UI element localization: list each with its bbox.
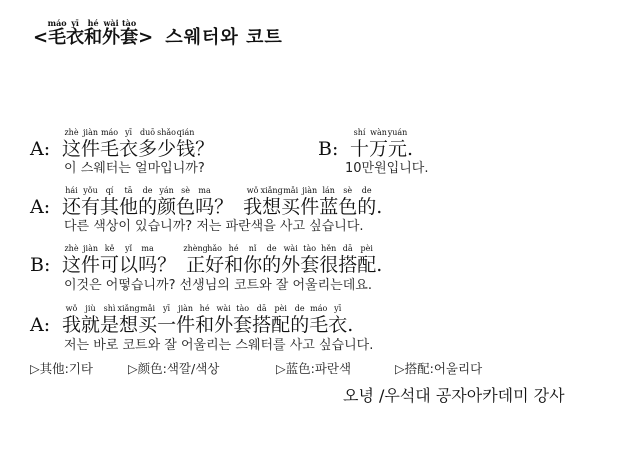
title-open-bracket: < [33, 27, 48, 48]
hanzi-with-pinyin: de的 [138, 198, 157, 217]
title-char: wài外 [102, 29, 120, 47]
hanzi: 一 [157, 314, 176, 336]
hanzi-with-pinyin: jiàn件 [176, 316, 195, 335]
hanzi-with-pinyin: sè色 [176, 198, 195, 217]
hanzi-with-pinyin: pèi配 [357, 256, 376, 275]
hanzi-with-pinyin: de的 [290, 316, 309, 335]
pinyin: hé [200, 305, 210, 313]
hanzi-with-pinyin: ？ [195, 140, 214, 159]
pinyin: yī [163, 305, 170, 313]
korean-translation-1: 이 스웨터는 얼마입니까? [64, 162, 205, 175]
hanzi-with-pinyin: yī一 [157, 316, 176, 335]
hanzi: 钱 [176, 138, 195, 160]
title-char: yī衣 [66, 29, 84, 47]
hanzi-with-pinyin: de的 [262, 256, 281, 275]
pinyin: jiàn [178, 305, 193, 313]
hanzi-with-pinyin: wài外 [214, 316, 233, 335]
speaker-label: A: [30, 316, 62, 335]
hanzi-with-pinyin: nǐ你 [243, 256, 262, 275]
title-char: hé和 [84, 29, 102, 47]
pinyin: kě [105, 245, 115, 253]
hanzi: 你 [243, 254, 262, 276]
hanzi: 衣 [119, 138, 138, 160]
hanzi-with-pinyin: jiù就 [81, 316, 100, 335]
hanzi-with-pinyin: duō多 [138, 140, 157, 159]
hanzi-with-pinyin: ？ [214, 198, 233, 217]
hanzi: 还 [62, 196, 81, 218]
hanzi-with-pinyin: dā搭 [252, 316, 271, 335]
hanzi: 套 [120, 27, 138, 48]
hanzi: 和 [224, 254, 243, 276]
pinyin: zhè [64, 129, 78, 137]
hanzi-with-pinyin: wàn万 [369, 140, 388, 159]
hanzi: 毛 [48, 27, 66, 48]
hanzi-with-pinyin: shì是 [100, 316, 119, 335]
korean-translation-4: 이것은 어떻습니까? 선생님의 코트와 잘 어울리는데요. [64, 279, 372, 292]
hanzi-with-pinyin: ma吗 [138, 256, 157, 275]
pinyin: wàn [370, 129, 387, 137]
vocab-meaning: 색깔/색상 [167, 361, 220, 376]
hanzi: 搭 [338, 254, 357, 276]
hanzi: 外 [102, 27, 120, 48]
hanzi-with-pinyin: máo毛 [309, 316, 328, 335]
vocab-item-3: ▷蓝色:파란색 [276, 363, 351, 376]
hanzi-with-pinyin: tào套 [233, 316, 252, 335]
vocab-word: 蓝色 [286, 361, 311, 376]
hanzi: 颜 [157, 196, 176, 218]
dialogue-line-3: A:hái还yǒu有qí其tā他de的yán颜sè色ma吗？wǒ我xiǎng想m… [30, 198, 382, 217]
dialogue-line-4: B:zhè这jiàn件kě可yǐ以ma吗？zhèng正hǎo好hé和nǐ你de的… [30, 256, 382, 275]
hanzi-with-pinyin: zhè这 [62, 256, 81, 275]
hanzi-with-pinyin: yán颜 [157, 198, 176, 217]
chinese-sentence: shí十wàn万yuán元. [350, 138, 413, 160]
hanzi: ？ [195, 138, 214, 160]
pinyin: xiǎng [117, 305, 139, 313]
hanzi: 我 [62, 314, 81, 336]
pinyin: yī [334, 305, 341, 313]
chinese-sentence: zhè这jiàn件kě可yǐ以ma吗？ [62, 254, 176, 276]
hanzi: ？ [157, 254, 176, 276]
pinyin: zhèng [183, 245, 207, 253]
title-close-bracket: > [138, 27, 153, 48]
hanzi-with-pinyin: shǎo少 [157, 140, 176, 159]
hanzi-with-pinyin: wǒ我 [243, 198, 262, 217]
pinyin: tào [236, 305, 249, 313]
lesson-title: <máo毛yī衣hé和wài外tào套>스웨터와 코트 [33, 29, 283, 47]
pinyin: nǐ [249, 245, 257, 253]
pinyin: dā [343, 245, 353, 253]
hanzi: 很 [319, 254, 338, 276]
title-char: tào套 [120, 29, 138, 47]
pinyin: máo [310, 305, 327, 313]
pinyin: wǒ [247, 187, 259, 195]
pinyin: tào [303, 245, 316, 253]
pinyin: tā [125, 187, 133, 195]
korean-translation-3: 다른 색상이 있습니까? 저는 파란색을 사고 싶습니다. [64, 220, 364, 233]
hanzi: 件 [176, 314, 195, 336]
hanzi-with-pinyin: hěn很 [319, 256, 338, 275]
chinese-sentence-2: zhèng正hǎo好hé和nǐ你de的wài外tào套hěn很dā搭pèi配. [186, 254, 382, 276]
triangle-right-icon: ▷ [395, 361, 405, 376]
hanzi-with-pinyin: yǒu有 [81, 198, 100, 217]
hanzi: 外 [214, 314, 233, 336]
pinyin: duō [140, 129, 155, 137]
hanzi-with-pinyin: hái还 [62, 198, 81, 217]
hanzi: 好 [205, 254, 224, 276]
pinyin: jiàn [83, 129, 98, 137]
hanzi-with-pinyin: . [407, 140, 413, 159]
hanzi-with-pinyin: mǎi买 [138, 316, 157, 335]
pinyin: yuán [388, 129, 408, 137]
pinyin: wài [217, 305, 231, 313]
hanzi: 搭 [252, 314, 271, 336]
vocab-meaning: 파란색 [315, 361, 351, 376]
pinyin: máo [101, 129, 118, 137]
speaker-label: A: [30, 198, 62, 217]
hanzi-with-pinyin: dā搭 [338, 256, 357, 275]
hanzi: 就 [81, 314, 100, 336]
pinyin: wǒ [66, 305, 78, 313]
pinyin: yǐ [125, 245, 132, 253]
pinyin: jiù [85, 305, 95, 313]
pinyin: lán [322, 187, 334, 195]
triangle-right-icon: ▷ [30, 361, 40, 376]
hanzi-with-pinyin: jiàn件 [81, 256, 100, 275]
hanzi-with-pinyin: . [376, 198, 382, 217]
hanzi-with-pinyin: qián钱 [176, 140, 195, 159]
hanzi-with-pinyin: qí其 [100, 198, 119, 217]
hanzi: 我 [243, 196, 262, 218]
hanzi: 他 [119, 196, 138, 218]
pinyin: hé [229, 245, 239, 253]
hanzi: 少 [157, 138, 176, 160]
triangle-right-icon: ▷ [276, 361, 286, 376]
hanzi-with-pinyin: xiǎng想 [119, 316, 138, 335]
pinyin: pèi [274, 305, 286, 313]
hanzi: . [347, 314, 353, 336]
hanzi-with-pinyin: yī衣 [328, 316, 347, 335]
hanzi: 配 [357, 254, 376, 276]
hanzi: 吗 [138, 254, 157, 276]
pinyin: jiàn [302, 187, 317, 195]
hanzi-with-pinyin: máo毛 [100, 140, 119, 159]
chinese-sentence: wǒ我jiù就shì是xiǎng想mǎi买yī一jiàn件hé和wài外tào套… [62, 314, 353, 336]
hanzi-with-pinyin: shí十 [350, 140, 369, 159]
hanzi: 毛 [100, 138, 119, 160]
hanzi: 的 [290, 314, 309, 336]
hanzi: 有 [81, 196, 100, 218]
hanzi: 配 [271, 314, 290, 336]
pinyin: mǎi [283, 187, 298, 195]
hanzi-with-pinyin: zhè这 [62, 140, 81, 159]
pinyin: zhè [64, 245, 78, 253]
hanzi-with-pinyin: mǎi买 [281, 198, 300, 217]
hanzi: 正 [186, 254, 205, 276]
pinyin: hěn [321, 245, 336, 253]
hanzi: . [376, 254, 382, 276]
hanzi: 的 [262, 254, 281, 276]
hanzi: . [407, 138, 413, 160]
pinyin: de [267, 245, 277, 253]
hanzi: 想 [262, 196, 281, 218]
korean-translation-2: 10만원입니다. [345, 162, 428, 175]
hanzi: 的 [357, 196, 376, 218]
dialogue-line-5: A:wǒ我jiù就shì是xiǎng想mǎi买yī一jiàn件hé和wài外tà… [30, 316, 353, 335]
hanzi: 吗 [195, 196, 214, 218]
pinyin: wài [104, 19, 119, 27]
vocab-meaning: 어울리다 [434, 361, 482, 376]
pinyin: qí [106, 187, 114, 195]
hanzi: ？ [214, 196, 233, 218]
pinyin: jiàn [83, 245, 98, 253]
vocab-item-1: ▷其他:기타 [30, 363, 93, 376]
hanzi-with-pinyin: . [376, 256, 382, 275]
hanzi: 买 [281, 196, 300, 218]
title-korean: 스웨터와 코트 [165, 27, 283, 48]
hanzi: 毛 [309, 314, 328, 336]
vocab-word: 颜色 [138, 361, 163, 376]
hanzi: 衣 [328, 314, 347, 336]
dialogue-line-2: B:shí十wàn万yuán元. [318, 140, 413, 159]
pinyin: yán [159, 187, 173, 195]
hanzi-with-pinyin: ma吗 [195, 198, 214, 217]
triangle-right-icon: ▷ [128, 361, 138, 376]
hanzi: 以 [119, 254, 138, 276]
hanzi: 可 [100, 254, 119, 276]
hanzi: 多 [138, 138, 157, 160]
hanzi: 衣 [66, 27, 84, 48]
speaker-label: A: [30, 140, 62, 159]
vocab-item-4: ▷搭配:어울리다 [395, 363, 482, 376]
pinyin: xiǎng [261, 187, 283, 195]
hanzi: 万 [369, 138, 388, 160]
pinyin: dā [257, 305, 267, 313]
pinyin: yī [71, 19, 79, 27]
pinyin: yǒu [83, 187, 98, 195]
chinese-sentence: hái还yǒu有qí其tā他de的yán颜sè色ma吗？ [62, 196, 233, 218]
hanzi-with-pinyin: yī衣 [119, 140, 138, 159]
pinyin: hé [88, 19, 99, 27]
hanzi-with-pinyin: lán蓝 [319, 198, 338, 217]
vocab-word: 搭配 [405, 361, 430, 376]
pinyin: ma [198, 187, 210, 195]
pinyin: máo [48, 19, 67, 27]
pinyin: pèi [361, 245, 373, 253]
hanzi-with-pinyin: tā他 [119, 198, 138, 217]
hanzi: 元 [388, 138, 407, 160]
hanzi: 十 [350, 138, 369, 160]
hanzi: 其 [100, 196, 119, 218]
hanzi-with-pinyin: wài外 [281, 256, 300, 275]
pinyin: hǎo [207, 245, 222, 253]
pinyin: shì [104, 305, 116, 313]
hanzi: 色 [176, 196, 195, 218]
pinyin: sè [181, 187, 190, 195]
hanzi: 这 [62, 138, 81, 160]
pinyin: de [295, 305, 305, 313]
pinyin: tào [122, 19, 136, 27]
hanzi: 想 [119, 314, 138, 336]
speaker-label: B: [318, 140, 350, 159]
hanzi-with-pinyin: jiàn件 [300, 198, 319, 217]
hanzi-with-pinyin: jiàn件 [81, 140, 100, 159]
pinyin: shí [354, 129, 366, 137]
pinyin: wài [284, 245, 298, 253]
hanzi: 件 [300, 196, 319, 218]
pinyin: de [143, 187, 153, 195]
pinyin: de [362, 187, 372, 195]
vocab-word: 其他 [40, 361, 65, 376]
hanzi-with-pinyin: de的 [357, 198, 376, 217]
hanzi-with-pinyin: sè色 [338, 198, 357, 217]
hanzi: 的 [138, 196, 157, 218]
chinese-sentence-2: wǒ我xiǎng想mǎi买jiàn件lán蓝sè色de的. [243, 196, 382, 218]
hanzi-with-pinyin: zhèng正 [186, 256, 205, 275]
hanzi: 套 [300, 254, 319, 276]
hanzi-with-pinyin: pèi配 [271, 316, 290, 335]
pinyin: shǎo [157, 129, 176, 137]
hanzi: 外 [281, 254, 300, 276]
hanzi-with-pinyin: hé和 [224, 256, 243, 275]
hanzi: 和 [84, 27, 102, 48]
hanzi: 和 [195, 314, 214, 336]
vocab-item-2: ▷颜色:색깔/색상 [128, 363, 219, 376]
hanzi-with-pinyin: yǐ以 [119, 256, 138, 275]
hanzi: 蓝 [319, 196, 338, 218]
author-credit: 오녕 /우석대 공자아카데미 강사 [343, 388, 565, 404]
hanzi: 件 [81, 138, 100, 160]
hanzi-with-pinyin: hé和 [195, 316, 214, 335]
speaker-label: B: [30, 256, 62, 275]
hanzi: 套 [233, 314, 252, 336]
title-chinese: máo毛yī衣hé和wài外tào套 [48, 29, 138, 47]
pinyin: ma [141, 245, 153, 253]
hanzi-with-pinyin: hǎo好 [205, 256, 224, 275]
hanzi: 这 [62, 254, 81, 276]
hanzi: 是 [100, 314, 119, 336]
pinyin: sè [343, 187, 352, 195]
hanzi-with-pinyin: tào套 [300, 256, 319, 275]
hanzi-with-pinyin: xiǎng想 [262, 198, 281, 217]
hanzi-with-pinyin: kě可 [100, 256, 119, 275]
chinese-sentence: zhè这jiàn件máo毛yī衣duō多shǎo少qián钱？ [62, 138, 214, 160]
hanzi-with-pinyin: yuán元 [388, 140, 407, 159]
korean-translation-5: 저는 바로 코트와 잘 어울리는 스웨터를 사고 싶습니다. [64, 339, 373, 352]
vocab-meaning: 기타 [69, 361, 93, 376]
hanzi-with-pinyin: . [347, 316, 353, 335]
hanzi: 色 [338, 196, 357, 218]
hanzi: . [376, 196, 382, 218]
dialogue-line-1: A:zhè这jiàn件máo毛yī衣duō多shǎo少qián钱？ [30, 140, 214, 159]
pinyin: mǎi [140, 305, 155, 313]
hanzi-with-pinyin: ？ [157, 256, 176, 275]
pinyin: qián [177, 129, 195, 137]
pinyin: hái [65, 187, 77, 195]
hanzi: 买 [138, 314, 157, 336]
hanzi: 件 [81, 254, 100, 276]
hanzi-with-pinyin: wǒ我 [62, 316, 81, 335]
title-char: máo毛 [48, 29, 66, 47]
pinyin: yī [125, 129, 132, 137]
